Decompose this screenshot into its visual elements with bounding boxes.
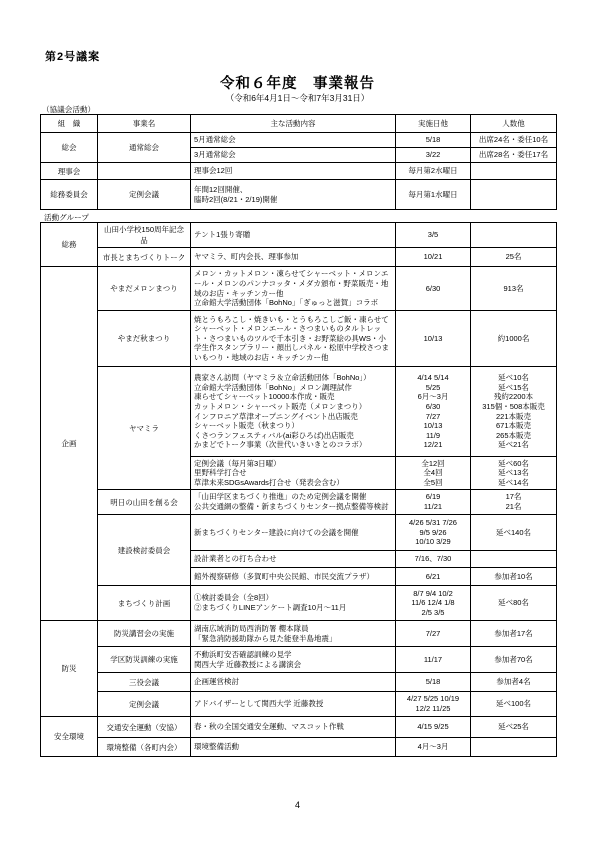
date-cell: 10/21	[396, 248, 471, 267]
agenda-item-label: 第2号議案	[45, 48, 100, 64]
org-cell-bousai: 防災	[41, 621, 98, 717]
table-row: 明日の山田を創る会 「山田学区まちづくり推進」のため定例会議を開催公共交通網の整…	[41, 490, 557, 515]
col-header-dates: 実施日他	[396, 115, 471, 133]
project-name-cell: 明日の山田を創る会	[98, 490, 191, 515]
people-cell: 延べ10名延べ15名残約2200本315個・508本販売221本販売671本販売…	[471, 367, 557, 457]
content-cell: 不動浜町安否確認訓練の見学関西大学 近藤教授による講演会	[191, 647, 396, 673]
project-name-cell: 定例会議	[98, 180, 191, 210]
date-cell: 7/27	[396, 621, 471, 647]
date-cell: 毎月第1水曜日	[396, 180, 471, 210]
project-name-cell-kensetsu: 建設検討委員会	[98, 515, 191, 586]
content-cell: 新まちづくりセンター建設に向けての会議を開催	[191, 515, 396, 551]
table-row: 市長とまちづくりトーク ヤマミラ、町内会長、理事参加 10/21 25名	[41, 248, 557, 267]
people-cell: 約1000名	[471, 311, 557, 367]
people-cell: 参加者70名	[471, 647, 557, 673]
people-cell: 17名21名	[471, 490, 557, 515]
page-number: 4	[0, 800, 595, 810]
people-cell	[471, 180, 557, 210]
content-cell: 理事会12回	[191, 163, 396, 180]
table-row: 総会 通常総会 5月通常総会 5/18 出席24名・委任10名	[41, 133, 557, 148]
project-name-cell: 通常総会	[98, 133, 191, 163]
org-cell: 総務委員会	[41, 180, 98, 210]
table-row: 定例会議 アドバイザーとして関西大学 近藤教授 4/27 5/25 10/191…	[41, 692, 557, 717]
date-cell: 8/7 9/4 10/211/6 12/4 1/82/5 3/5	[396, 586, 471, 621]
date-cell: 10/13	[396, 311, 471, 367]
table-row: ヤマミラ 農家さん訪問（ヤマミラ＆立命活動団体「BohNo」）立命館大学活動団体…	[41, 367, 557, 457]
document-page: 第2号議案 令和６年度 事業報告 （令和6年4月1日～令和7年3月31日） （協…	[0, 0, 595, 842]
date-cell: 3/5	[396, 223, 471, 248]
date-cell: 3/22	[396, 148, 471, 163]
table-header-row: 組 織 事業名 主な活動内容 実施日他 人数他	[41, 115, 557, 133]
table-row: 学区防災訓練の実施 不動浜町安否確認訓練の見学関西大学 近藤教授による講演会 1…	[41, 647, 557, 673]
content-cell: メロン・カットメロン・凍らせてシャーベット・メロンエール・メロンのパンナコッタ・…	[191, 267, 396, 311]
project-name-cell	[98, 163, 191, 180]
content-cell: ヤマミラ、町内会長、理事参加	[191, 248, 396, 267]
org-cell-kikaku: 企画	[41, 267, 98, 621]
date-cell: 毎月第2水曜日	[396, 163, 471, 180]
date-cell: 4月～3月	[396, 738, 471, 757]
col-header-people: 人数他	[471, 115, 557, 133]
people-cell: 参加者10名	[471, 568, 557, 586]
table-row: 環境整備（各町内会） 環境整備活動 4月～3月	[41, 738, 557, 757]
content-cell: 定例会議（毎月第3日曜）里野科学打合せ草津未来SDGsAwards打合せ（発表会…	[191, 457, 396, 490]
org-cell-soumu: 総務	[41, 223, 98, 267]
people-cell: 25名	[471, 248, 557, 267]
project-name-cell: 学区防災訓練の実施	[98, 647, 191, 673]
table-row: 企画 やまだメロンまつり メロン・カットメロン・凍らせてシャーベット・メロンエー…	[41, 267, 557, 311]
people-cell: 出席28名・委任17名	[471, 148, 557, 163]
content-cell: 環境整備活動	[191, 738, 396, 757]
people-cell: 出席24名・委任10名	[471, 133, 557, 148]
date-cell: 全12回全4回全5回	[396, 457, 471, 490]
content-cell: 3月通常総会	[191, 148, 396, 163]
content-cell: 設計業者との打ち合わせ	[191, 551, 396, 568]
content-cell: ①検討委員会（全8回）②まちづくりLINEアンケート調査10月～11月	[191, 586, 396, 621]
col-header-main-activities: 主な活動内容	[191, 115, 396, 133]
project-name-cell: 定例会議	[98, 692, 191, 717]
page-subtitle: （令和6年4月1日～令和7年3月31日）	[0, 92, 595, 104]
people-cell: 延べ60名延べ13名延べ14名	[471, 457, 557, 490]
table-row: 総務 山田小学校150周年記念品 テント1張り寄贈 3/5	[41, 223, 557, 248]
activity-groups-table: 総務 山田小学校150周年記念品 テント1張り寄贈 3/5 市長とまちづくりトー…	[40, 222, 557, 757]
people-cell	[471, 223, 557, 248]
date-cell: 6/30	[396, 267, 471, 311]
table-row: 建設検討委員会 新まちづくりセンター建設に向けての会議を開催 4/26 5/31…	[41, 515, 557, 551]
people-cell: 913名	[471, 267, 557, 311]
date-cell: 5/18	[396, 133, 471, 148]
table-row: 三役会議 企画運営検討 5/18 参加者4名	[41, 673, 557, 692]
date-cell: 4/26 5/31 7/269/5 9/2610/10 3/29	[396, 515, 471, 551]
content-cell: 「山田学区まちづくり推進」のため定例会議を開催公共交通網の整備・新まちづくりセン…	[191, 490, 396, 515]
content-cell: 湖南広域消防局西消防署 櫻本隊員「緊急消防援助隊から見た能登半島地震」	[191, 621, 396, 647]
col-header-project-name: 事業名	[98, 115, 191, 133]
content-cell: 館外視察研修（多賀町中央公民館、市民交流プラザ）	[191, 568, 396, 586]
content-cell: 企画運営検討	[191, 673, 396, 692]
date-cell: 4/27 5/25 10/1912/2 11/25	[396, 692, 471, 717]
col-header-organization: 組 織	[41, 115, 98, 133]
date-cell: 6/21	[396, 568, 471, 586]
project-name-cell: 交通安全運動（安協）	[98, 717, 191, 738]
date-cell: 5/18	[396, 673, 471, 692]
table-row: まちづくり計画 ①検討委員会（全8回）②まちづくりLINEアンケート調査10月～…	[41, 586, 557, 621]
project-name-cell: やまだ秋まつり	[98, 311, 191, 367]
content-cell: 焼とうもろこし・焼きいも・とうもろこしご飯・凍らせてシャーベット・メロンエール・…	[191, 311, 396, 367]
org-cell-anzen: 安全環境	[41, 717, 98, 757]
date-cell: 4/14 5/145/256月～3月6/307/2710/1311/912/21	[396, 367, 471, 457]
table-row: やまだ秋まつり 焼とうもろこし・焼きいも・とうもろこしご飯・凍らせてシャーベット…	[41, 311, 557, 367]
table-row: 総務委員会 定例会議 年間12回開催、臨時2回(8/21・2/19)開催 毎月第…	[41, 180, 557, 210]
people-cell	[471, 738, 557, 757]
content-cell: 年間12回開催、臨時2回(8/21・2/19)開催	[191, 180, 396, 210]
org-cell: 総会	[41, 133, 98, 163]
page-title: 令和６年度 事業報告	[0, 72, 595, 93]
council-activities-table: 組 織 事業名 主な活動内容 実施日他 人数他 総会 通常総会 5月通常総会 5…	[40, 114, 557, 210]
people-cell: 延べ25名	[471, 717, 557, 738]
org-cell: 理事会	[41, 163, 98, 180]
content-cell: 5月通常総会	[191, 133, 396, 148]
date-cell: 7/16、7/30	[396, 551, 471, 568]
project-name-cell-yamamira: ヤマミラ	[98, 367, 191, 490]
people-cell: 延べ140名	[471, 515, 557, 551]
project-name-cell: 三役会議	[98, 673, 191, 692]
people-cell: 延べ100名	[471, 692, 557, 717]
table-row: 理事会 理事会12回 毎月第2水曜日	[41, 163, 557, 180]
content-cell: 春・秋の全国交通安全運動、マスコット作戦	[191, 717, 396, 738]
date-cell: 4/15 9/25	[396, 717, 471, 738]
table-row: 防災 防災講習会の実施 湖南広域消防局西消防署 櫻本隊員「緊急消防援助隊から見た…	[41, 621, 557, 647]
people-cell	[471, 551, 557, 568]
people-cell: 延べ80名	[471, 586, 557, 621]
content-cell: テント1張り寄贈	[191, 223, 396, 248]
content-cell: 農家さん訪問（ヤマミラ＆立命活動団体「BohNo」）立命館大学活動団体「BohN…	[191, 367, 396, 457]
people-cell	[471, 163, 557, 180]
people-cell: 参加者4名	[471, 673, 557, 692]
date-cell: 6/1911/21	[396, 490, 471, 515]
project-name-cell: 山田小学校150周年記念品	[98, 223, 191, 248]
table-row: 安全環境 交通安全運動（安協） 春・秋の全国交通安全運動、マスコット作戦 4/1…	[41, 717, 557, 738]
date-cell: 11/17	[396, 647, 471, 673]
project-name-cell: まちづくり計画	[98, 586, 191, 621]
content-cell: アドバイザーとして関西大学 近藤教授	[191, 692, 396, 717]
project-name-cell: 防災講習会の実施	[98, 621, 191, 647]
project-name-cell: やまだメロンまつり	[98, 267, 191, 311]
project-name-cell: 市長とまちづくりトーク	[98, 248, 191, 267]
people-cell: 参加者17名	[471, 621, 557, 647]
project-name-cell: 環境整備（各町内会）	[98, 738, 191, 757]
